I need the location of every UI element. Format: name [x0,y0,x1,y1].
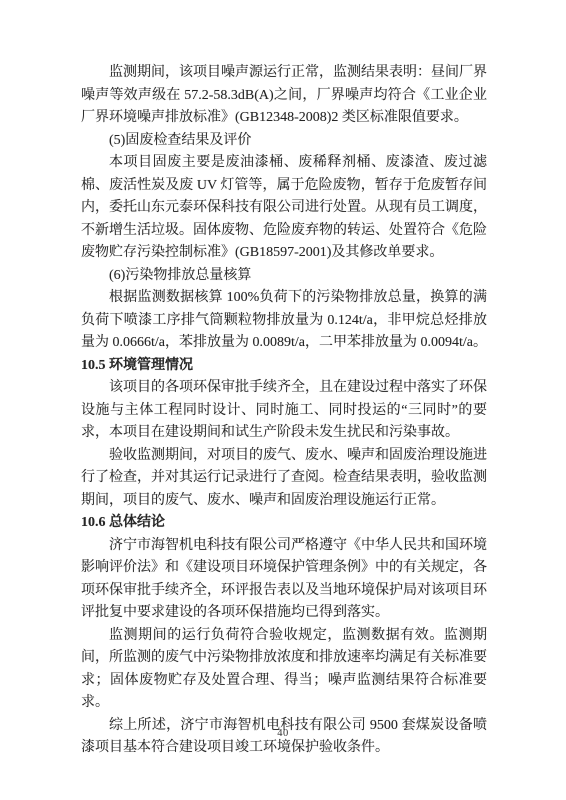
paragraph-noise-result: 监测期间，该项目噪声源运行正常，监测结果表明：昼间厂界噪声等效声级在 57.2-… [81,62,487,130]
paragraph-conclusion-monitoring: 监测期间的运行负荷符合验收规定，监测数据有效。监测期间，所监测的废气中污染物排放… [81,625,487,715]
paragraph-solid-waste: 本项目固废主要是废油漆桶、废稀释剂桶、废漆渣、废过滤棉、废活性炭及废 UV 灯管… [81,152,487,265]
list-item-6-total-emission: (6)污染物排放总量核算 [81,265,487,288]
section-heading-10-6: 10.6 总体结论 [81,512,487,535]
paragraph-emission-totals: 根据监测数据核算 100%负荷下的污染物排放总量，换算的满负荷下喷漆工序排气筒颗… [81,287,487,355]
section-heading-10-5: 10.5 环境管理情况 [81,355,487,378]
paragraph-inspection: 验收监测期间，对项目的废气、废水、噪声和固废治理设施进行了检查，并对其运行记录进… [81,445,487,513]
page-number: 40 [0,728,566,739]
paragraph-env-management: 该项目的各项环保审批手续齐全，且在建设过程中落实了环保设施与主体工程同时设计、同… [81,377,487,445]
page-content: 监测期间，该项目噪声源运行正常，监测结果表明：昼间厂界噪声等效声级在 57.2-… [81,62,487,760]
paragraph-conclusion-compliance: 济宁市海智机电科技有限公司严格遵守《中华人民共和国环境影响评价法》和《建设项目环… [81,535,487,625]
document-page: 监测期间，该项目噪声源运行正常，监测结果表明：昼间厂界噪声等效声级在 57.2-… [0,0,566,800]
list-item-5-solid-waste: (5)固废检查结果及评价 [81,130,487,153]
